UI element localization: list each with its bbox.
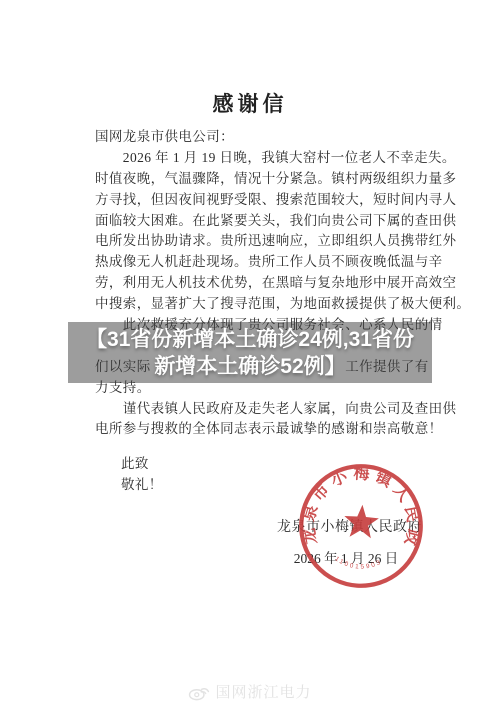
letter-body-line: 谨代表镇人民政府及走失老人家属，向贵公司及查田供 — [95, 399, 435, 420]
letter-body-line: 劳，利用无人机技术优势，在黑暗与复杂地形中展开高效空 — [95, 273, 435, 294]
caption-banner-line-1: 【31省份新增本土确诊24例,31省份 — [86, 326, 414, 353]
letter-page: 感谢信 国网龙泉市供电公司： 2026 年 1 月 19 日晚，我镇大窑村一位老… — [0, 0, 500, 707]
caption-banner-line-2: 新增本土确诊52例】 — [154, 353, 345, 380]
seal-ring-text: 龙泉市小梅镇人民政府 — [293, 458, 429, 554]
seal-code: 110015903 — [333, 555, 384, 572]
seal-star-icon — [343, 504, 380, 539]
weibo-icon — [188, 683, 210, 701]
government-seal: 龙泉市小梅镇人民政府 110015903 — [293, 458, 430, 595]
caption-banner: 【31省份新增本土确诊24例,31省份 新增本土确诊52例】 — [68, 322, 432, 383]
letter-body-line: 电所发出协助请求。贵所迅速响应，立即组织人员携带红外 — [95, 231, 435, 252]
letter-body-line: 面临较大困难。在此紧要关头，我们向贵公司下属的查田供 — [95, 211, 435, 232]
letter-body: 国网龙泉市供电公司： 2026 年 1 月 19 日晚，我镇大窑村一位老人不幸走… — [95, 127, 435, 440]
letter-body-line: 国网龙泉市供电公司： — [95, 127, 435, 148]
letter-body-line: 热成像无人机赶赴现场。贵所工作人员不顾夜晚低温与辛 — [95, 252, 435, 273]
letter-body-line: 中搜索，显著扩大了搜寻范围，为地面救援提供了极大便利。 — [95, 294, 435, 315]
letter-title: 感谢信 — [0, 88, 500, 118]
svg-text:龙泉市小梅镇人民政府: 龙泉市小梅镇人民政府 — [293, 458, 429, 554]
letter-body-line: 电所参与搜救的全体同志表示最诚挚的感谢和崇高敬意！ — [95, 419, 435, 440]
letter-body-line: 方寻找，但因夜间视野受限、搜索范围较大，短时间内寻人 — [95, 190, 435, 211]
watermark-label: 国网浙江电力 — [215, 681, 311, 702]
letter-body-line: 时值夜晚，气温骤降，情况十分紧急。镇村两级组织力量多 — [95, 169, 435, 190]
svg-text:110015903: 110015903 — [333, 555, 384, 572]
letter-closing: 此致敬礼！ — [121, 453, 163, 495]
watermark: 国网浙江电力 — [0, 681, 500, 702]
letter-closing-line: 此致 — [121, 453, 163, 474]
letter-closing-line: 敬礼！ — [121, 474, 163, 495]
letter-body-line: 2026 年 1 月 19 日晚，我镇大窑村一位老人不幸走失。 — [95, 148, 435, 169]
